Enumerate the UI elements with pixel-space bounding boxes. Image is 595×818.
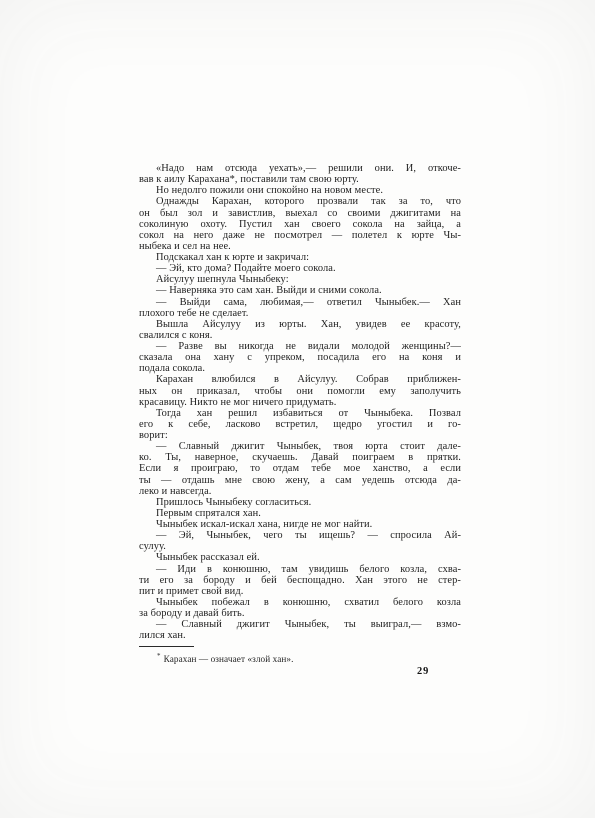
text-line: «Надо нам отсюда уехать»,— решили они. И… — [139, 163, 461, 174]
text-line: он был зол и завистлив, выехал со своими… — [139, 208, 461, 219]
text-line: ворит: — [139, 430, 461, 441]
footnote: *Карахан — означает «злой хан». — [157, 651, 457, 664]
text-line: ко. Ты, наверное, скучаешь. Давай поигра… — [139, 452, 461, 463]
page-number: 29 — [417, 666, 429, 677]
text-line: плохого тебе не сделает. — [139, 308, 461, 319]
text-line: пит и примет свой вид. — [139, 586, 461, 597]
text-line: сокол на него даже не посмотрел — полете… — [139, 230, 461, 241]
text-line: соколиную охоту. Пустил хан своего сокол… — [139, 219, 461, 230]
text-line: Чыныбек искал-искал хана, нигде не мог н… — [139, 519, 461, 530]
text-line: Подскакал хан к юрте и закричал: — [139, 252, 461, 263]
text-line: леко и навсегда. — [139, 486, 461, 497]
text-line: Вышла Айсулуу из юрты. Хан, увидев ее кр… — [139, 319, 461, 330]
text-line: Тогда хан решил избавиться от Чыныбека. … — [139, 408, 461, 419]
text-line: ты — отдашь мне свою жену, а сам уедешь … — [139, 475, 461, 486]
text-line: подала сокола. — [139, 363, 461, 374]
text-line: — Эй, Чыныбек, чего ты ищешь? — спросила… — [139, 530, 461, 541]
page-text: «Надо нам отсюда уехать»,— решили они. И… — [139, 163, 461, 641]
text-line: его к себе, ласково встретил, щедро угос… — [139, 419, 461, 430]
text-line: ных он приказал, чтобы они помогли ему з… — [139, 386, 461, 397]
text-line: Однажды Карахан, которого прозвали так з… — [139, 196, 461, 207]
text-line: сказала она хану с упреком, посадила его… — [139, 352, 461, 363]
text-line: Пришлось Чыныбеку согласиться. — [139, 497, 461, 508]
footnote-text: Карахан — означает «злой хан». — [164, 654, 294, 664]
text-line: сулуу. — [139, 541, 461, 552]
text-line: ныбека и сел на нее. — [139, 241, 461, 252]
text-line: — Наверняка это сам хан. Выйди и сними с… — [139, 285, 461, 296]
text-line: — Славный джигит Чыныбек, твоя юрта стои… — [139, 441, 461, 452]
text-line: Если я проиграю, то отдам тебе мое ханст… — [139, 463, 461, 474]
text-line: Но недолго пожили они спокойно на новом … — [139, 185, 461, 196]
text-line: — Славный джигит Чыныбек, ты выиграл,— в… — [139, 619, 461, 630]
text-line: свалился с коня. — [139, 330, 461, 341]
text-line: Айсулуу шепнула Чыныбеку: — [139, 274, 461, 285]
book-page: «Надо нам отсюда уехать»,— решили они. И… — [0, 0, 595, 818]
text-line: — Иди в конюшню, там увидишь белого козл… — [139, 564, 461, 575]
text-line: вав к аилу Карахана*, поставили там свою… — [139, 174, 461, 185]
text-line: лился хан. — [139, 630, 461, 641]
text-line: — Эй, кто дома? Подайте моего сокола. — [139, 263, 461, 274]
text-line: Чыныбек рассказал ей. — [139, 552, 461, 563]
footnote-separator — [139, 646, 194, 647]
text-line: ти его за бороду и бей беспощадно. Хан э… — [139, 575, 461, 586]
footnote-marker: * — [157, 652, 161, 660]
text-line: за бороду и давай бить. — [139, 608, 461, 619]
text-line: — Выйди сама, любимая,— ответил Чыныбек.… — [139, 297, 461, 308]
text-line: — Разве вы никогда не видали молодой жен… — [139, 341, 461, 352]
text-line: красавицу. Никто не мог ничего придумать… — [139, 397, 461, 408]
text-line: Карахан влюбился в Айсулуу. Собрав прибл… — [139, 374, 461, 385]
text-line: Первым спрятался хан. — [139, 508, 461, 519]
text-line: Чыныбек побежал в конюшню, схватил белог… — [139, 597, 461, 608]
